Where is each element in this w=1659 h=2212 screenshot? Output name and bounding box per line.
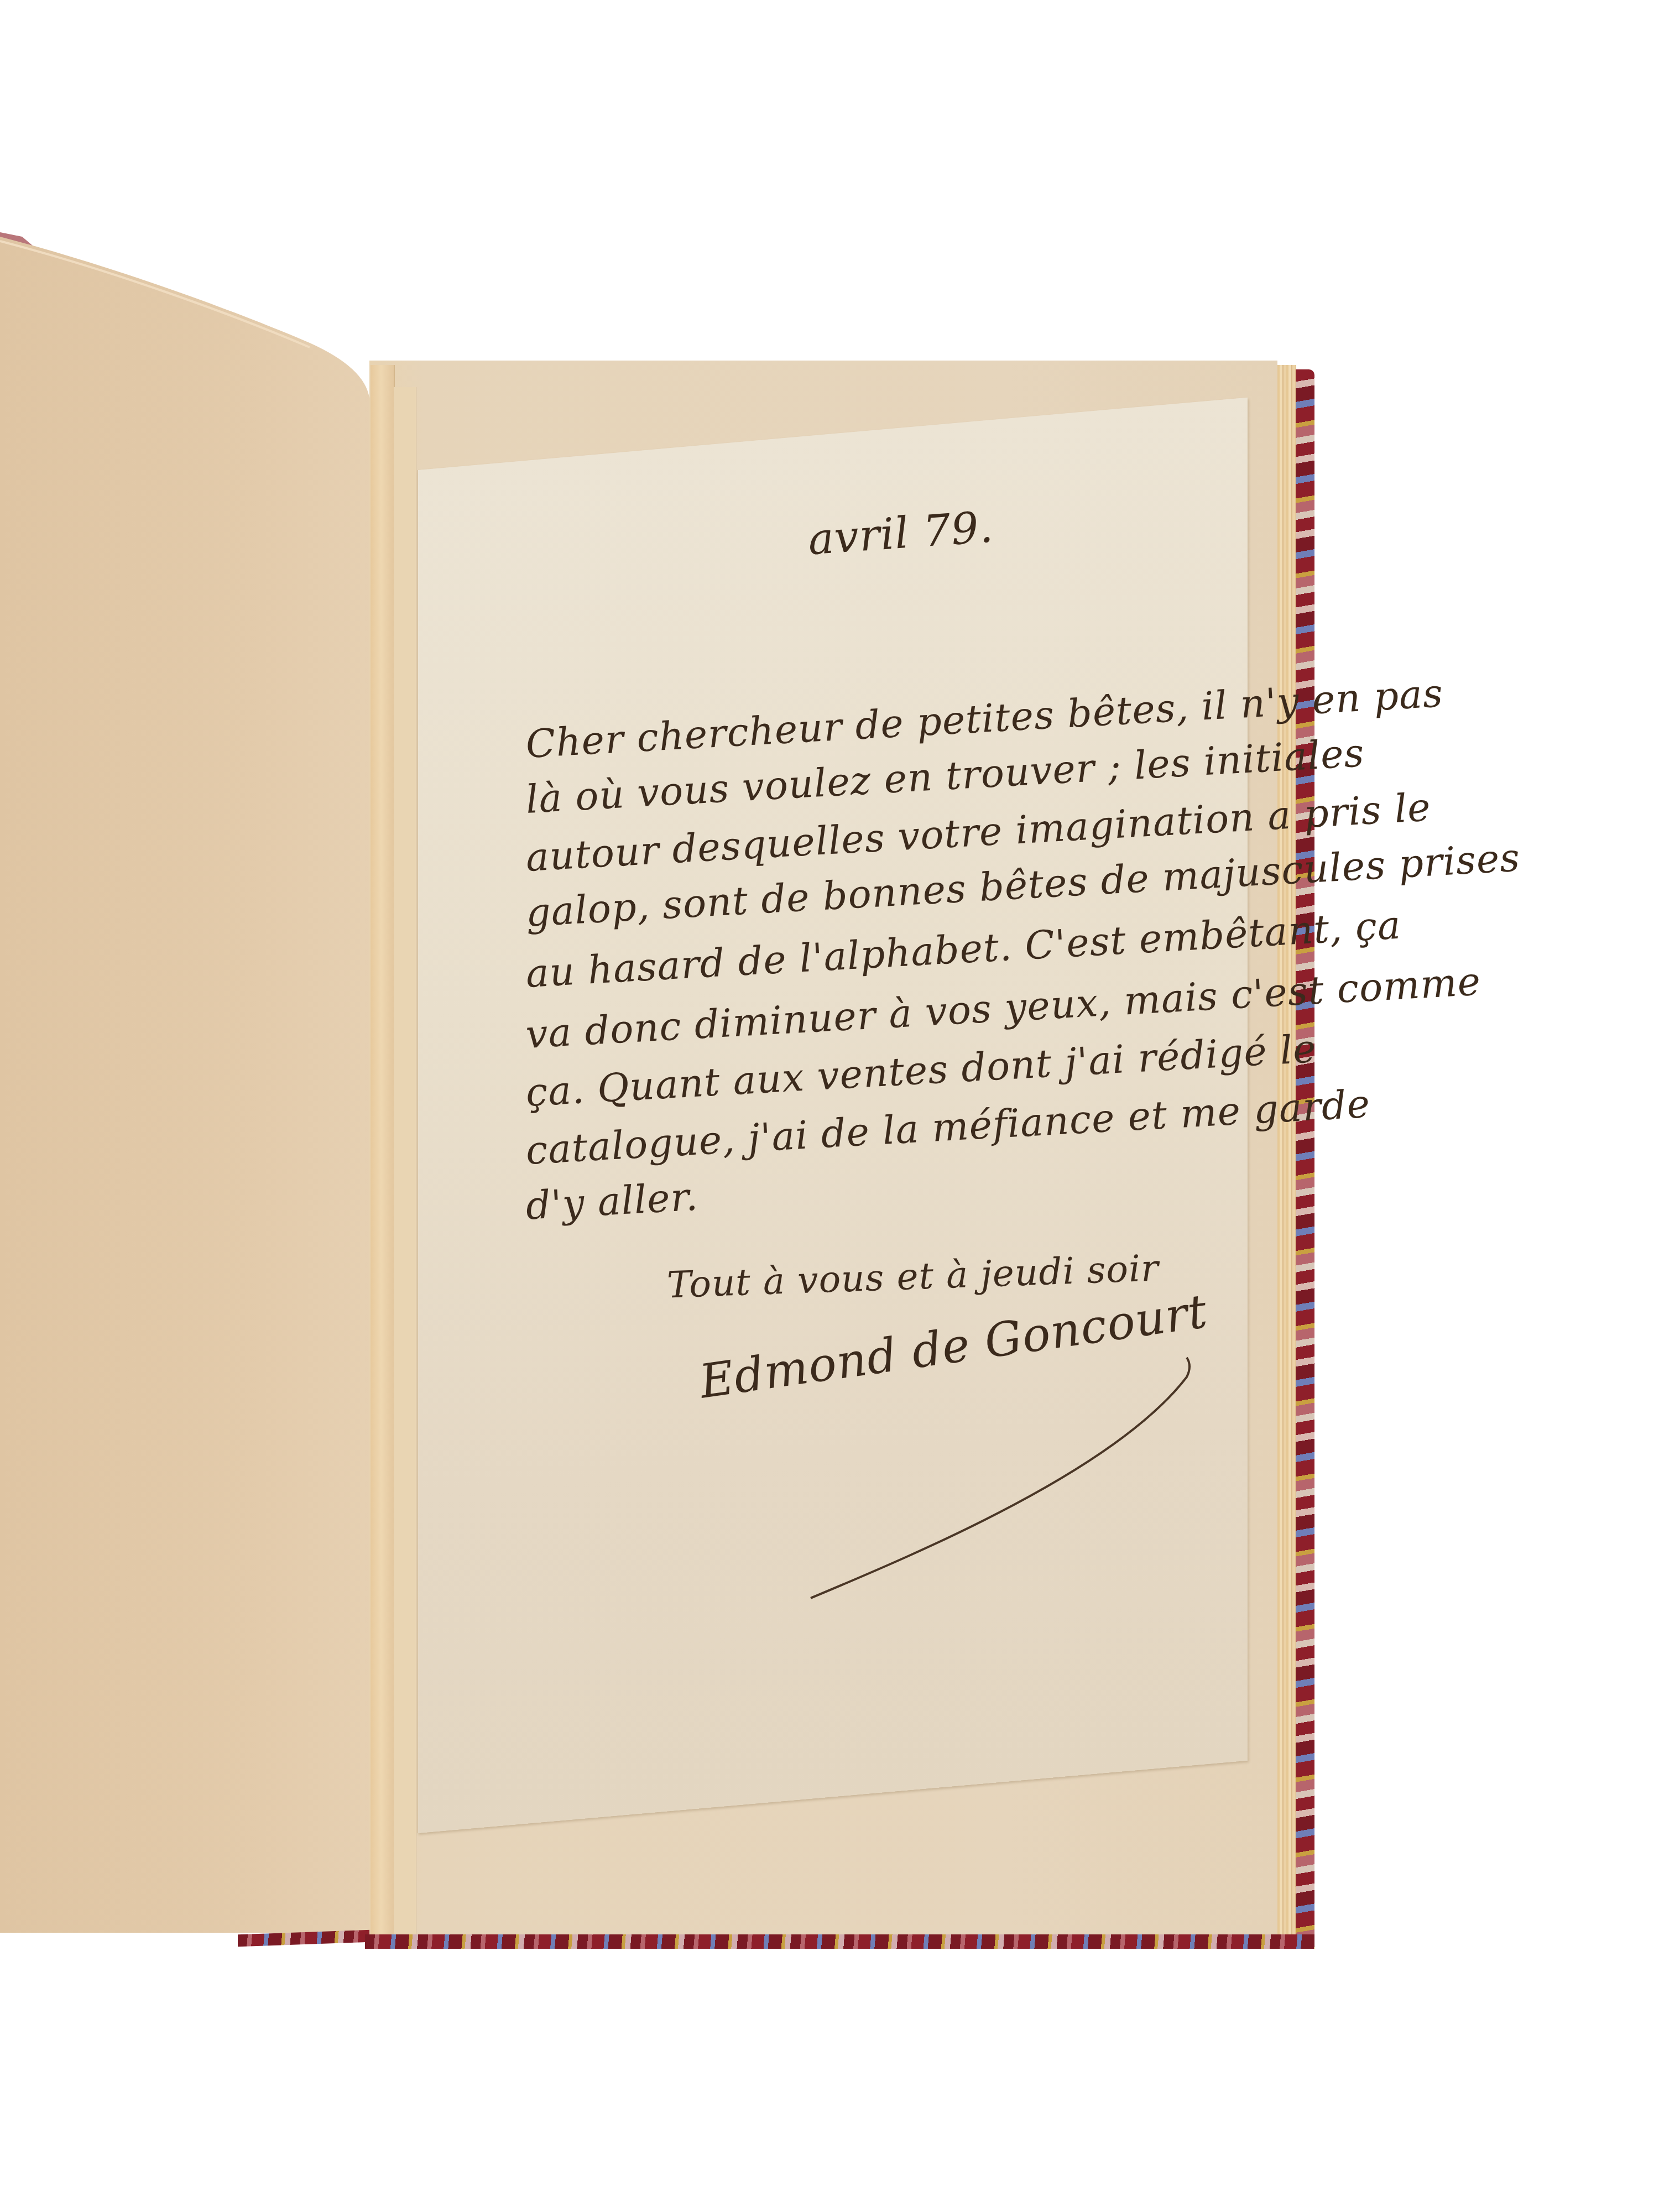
handwritten-letter: avril 79. Cher chercheur de petites bête…	[418, 398, 1248, 1833]
letter-closing: Tout à vous et à jeudi soir	[666, 1246, 1160, 1306]
marbled-cover-right	[1296, 369, 1314, 1941]
letter-line: d'y aller.	[525, 1174, 700, 1229]
letter-date: avril 79.	[806, 502, 995, 565]
photo-stage: avril 79. Cher chercheur de petites bête…	[0, 0, 1659, 2212]
signature-flourish	[805, 1333, 1248, 1609]
gutter-strip	[371, 365, 395, 1936]
marbled-cover-bottom	[365, 1934, 1314, 1949]
mount-strip	[394, 387, 416, 1936]
page-fore-edge	[1277, 365, 1296, 1937]
